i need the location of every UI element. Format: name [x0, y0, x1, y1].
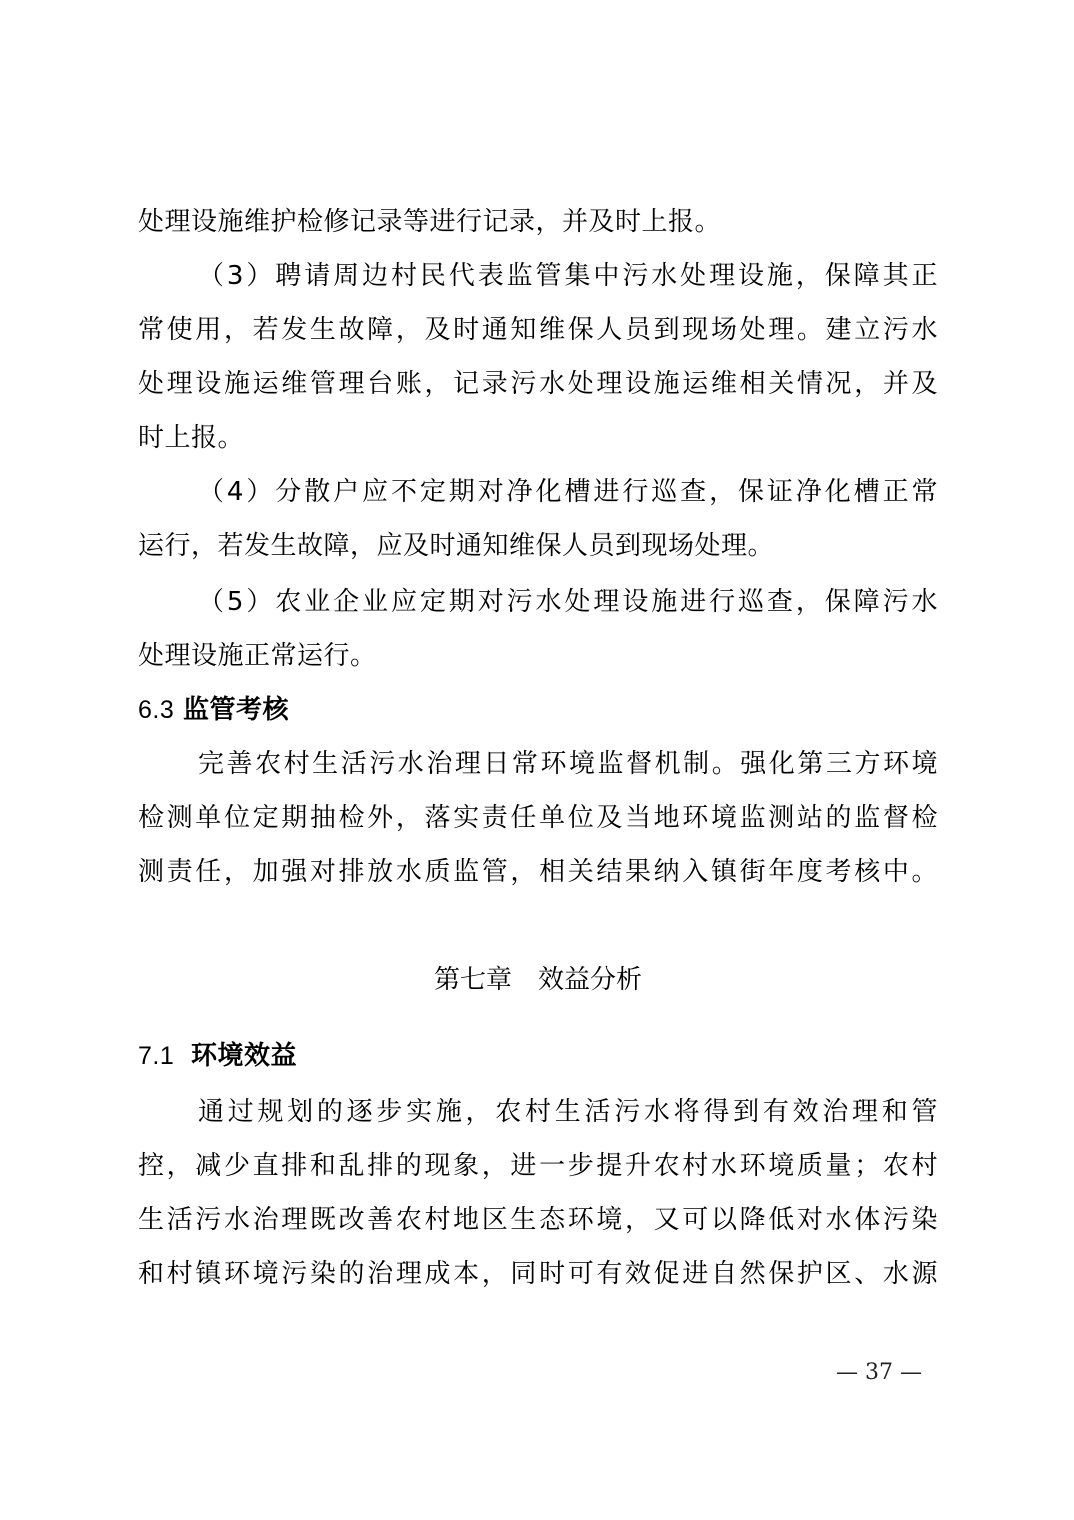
section-heading-7-1: 7.1 环境效益 — [138, 1040, 297, 1072]
section-6-3-line: 检测单位定期抽检外，落实责任单位及当地环境监测站的监督检 — [138, 802, 938, 834]
item-4-line: （4）分散户应不定期对净化槽进行巡查，保证净化槽正常 — [198, 476, 938, 508]
item-5-line: 处理设施正常运行。 — [138, 640, 377, 672]
section-heading-6-3: 6.3 监管考核 — [138, 694, 289, 726]
section-7-1-line: 和村镇环境污染的治理成本，同时可有效促进自然保护区、水源 — [138, 1258, 938, 1290]
item-4-line: 运行，若发生故障，应及时通知维保人员到现场处理。 — [138, 530, 774, 562]
section-number: 6.3 — [138, 696, 174, 724]
page-number: — 37 — — [836, 1360, 922, 1385]
item-5-line: （5）农业企业应定期对污水处理设施进行巡查，保障污水 — [198, 586, 938, 618]
item-3-line: （3）聘请周边村民代表监管集中污水处理设施，保障其正 — [198, 260, 938, 292]
section-6-3-line: 测责任，加强对排放水质监管，相关结果纳入镇街年度考核中。 — [138, 856, 938, 888]
section-number: 7.1 — [138, 1042, 174, 1070]
chapter-title: 第七章 效益分析 — [138, 964, 938, 996]
paragraph-line: 处理设施维护检修记录等进行记录，并及时上报。 — [138, 206, 721, 238]
section-6-3-line: 完善农村生活污水治理日常环境监督机制。强化第三方环境 — [198, 748, 938, 780]
section-title: 监管考核 — [183, 695, 289, 725]
section-7-1-line: 通过规划的逐步实施，农村生活污水将得到有效治理和管 — [198, 1096, 938, 1128]
section-7-1-line: 生活污水治理既改善农村地区生态环境，又可以降低对水体污染 — [138, 1204, 938, 1236]
section-7-1-line: 控，减少直排和乱排的现象，进一步提升农村水环境质量；农村 — [138, 1150, 938, 1182]
item-3-line: 常使用，若发生故障，及时通知维保人员到现场处理。建立污水 — [138, 314, 938, 346]
section-title: 环境效益 — [191, 1041, 297, 1071]
item-3-line: 时上报。 — [138, 422, 244, 454]
item-3-line: 处理设施运维管理台账，记录污水处理设施运维相关情况，并及 — [138, 368, 938, 400]
